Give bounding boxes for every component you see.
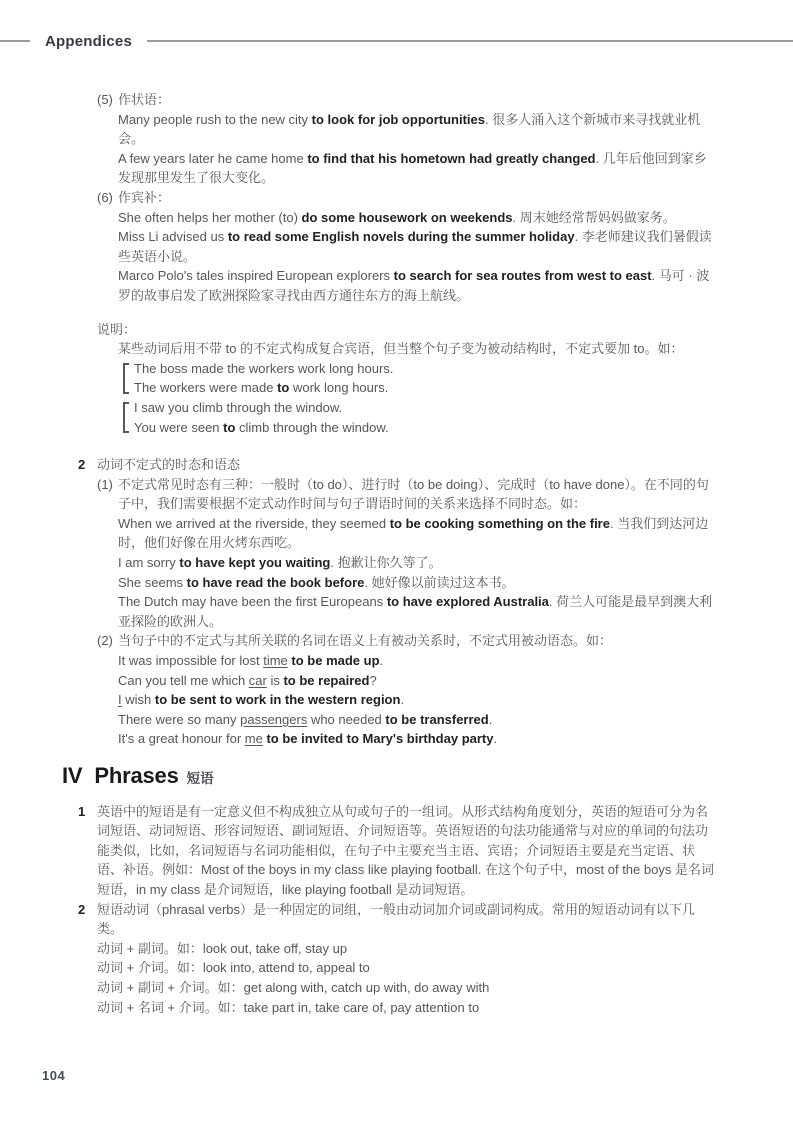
text-run: to be transferred [385,712,488,727]
paragraph: Miss Li advised us to read some English … [118,227,719,266]
list-item: 1英语中的短语是有一定意义但不构成独立从句或句子的一组词。从形式结构角度划分，英… [97,802,719,900]
paragraph: 动词 + 介词。如：look into, attend to, appeal t… [97,958,719,978]
list-item: (2)当句子中的不定式与其所关联的名词在语义上有被动关系时，不定式用被动语态。如… [118,631,719,651]
text-run: It's a great honour for [118,731,245,746]
paragraph: She often helps her mother (to) do some … [118,208,719,228]
text-run: You were seen [134,420,223,435]
text-run: 动词 + 副词。如：look out, take off, stay up [97,941,347,956]
text-run: to find that his hometown had greatly ch… [307,151,595,166]
text-run: . [494,731,498,746]
text-run: 作状语： [118,92,170,107]
header-title: Appendices [45,33,132,50]
paragraph: 说明： [97,320,719,340]
paragraph: I wish to be sent to work in the western… [118,690,719,710]
list-marker: 1 [78,802,85,822]
bracket-pair: I saw you climb through the window.You w… [134,398,719,437]
text-run: car [249,673,267,688]
paragraph: When we arrived at the riverside, they s… [118,514,719,553]
paragraph: 动词 + 名词 + 介词。如：take part in, take care o… [97,998,719,1018]
page-number: 104 [42,1068,65,1083]
text-run: . 她好像以前读过这本书。 [364,575,514,590]
text-run: to have kept you waiting [179,555,330,570]
text-run: Marco Polo's tales inspired European exp… [118,268,394,283]
paragraph: It was impossible for lost time to be ma… [118,651,719,671]
paragraph: Can you tell me which car is to be repai… [118,671,719,691]
section-heading: IVPhrases短语 [62,766,719,789]
text-run: to search for sea routes from west to ea… [394,268,652,283]
text-run: climb through the window. [235,420,388,435]
paragraph: There were so many passengers who needed… [118,710,719,730]
text-run: The workers were made [134,380,277,395]
text-run: She often helps her mother (to) [118,210,302,225]
text-run: She seems [118,575,187,590]
text-run: who needed [307,712,385,727]
text-run: to read some English novels during the s… [228,229,575,244]
paragraph: Many people rush to the new city to look… [118,110,719,149]
text-run: I saw you climb through the window. [134,400,342,415]
text-run: work long hours. [289,380,388,395]
text-run: me [245,731,263,746]
text-run: . 抱歉让你久等了。 [330,555,441,570]
list-item: (6)作宾补： [118,188,719,208]
paragraph: Marco Polo's tales inspired European exp… [118,266,719,305]
list-item: (1)不定式常见时态有三种：一般时（to do）、进行时（to be doing… [118,475,719,514]
text-run: I am sorry [118,555,179,570]
text-run: 作宾补： [118,190,170,205]
text-run: When we arrived at the riverside, they s… [118,516,390,531]
text-run: do some housework on weekends [302,210,513,225]
text-run: to be cooking something on the fire [390,516,610,531]
text-run: . [380,653,384,668]
header-rule-right [147,40,793,43]
list-marker: (6) [97,188,113,208]
paragraph: I am sorry to have kept you waiting. 抱歉让… [118,553,719,573]
text-run: . 周末她经常帮妈妈做家务。 [513,210,676,225]
section-heading-subtitle: 短语 [187,771,214,786]
text-run: ? [369,673,376,688]
text-run: time [263,653,288,668]
text-run: 当句子中的不定式与其所关联的名词在语义上有被动关系时，不定式用被动语态。如： [118,633,612,648]
text-run: 英语中的短语是有一定意义但不构成独立从句或句子的一组词。从形式结构角度划分，英语… [97,804,714,897]
text-run: to be sent to work in the western region [155,692,401,707]
text-run: A few years later he came home [118,151,307,166]
bracket-pair-line: The workers were made to work long hours… [134,378,719,398]
text-run: to be made up [291,653,379,668]
text-run: 动词不定式的时态和语态 [97,457,240,472]
left-bracket-glyph [123,363,130,394]
text-run: 动词 + 副词 + 介词。如：get along with, catch up … [97,980,489,995]
text-run: wish [122,692,155,707]
text-run: The Dutch may have been the first Europe… [118,594,387,609]
text-run: Many people rush to the new city [118,112,312,127]
text-run: to have explored Australia [387,594,549,609]
textbook-page: Appendices (5)作状语：Many people rush to th… [0,0,793,1122]
page-header: Appendices [0,32,793,50]
text-run: 某些动词后用不带 to 的不定式构成复合宾语，但当整个句子变为被动结构时，不定式… [118,341,684,356]
text-run: Can you tell me which [118,673,249,688]
text-run: There were so many [118,712,240,727]
list-item: (5)作状语： [118,90,719,110]
list-item: 2短语动词（phrasal verbs）是一种固定的词组，一般由动词加介词或副词… [97,900,719,939]
list-marker: 2 [78,455,85,475]
paragraph: She seems to have read the book before. … [118,573,719,593]
list-marker: (1) [97,475,113,495]
paragraph: 某些动词后用不带 to 的不定式构成复合宾语，但当整个句子变为被动结构时，不定式… [118,339,719,359]
text-run: to [223,420,235,435]
section-heading-number: IV [62,763,82,788]
list-marker: (2) [97,631,113,651]
text-run: 动词 + 名词 + 介词。如：take part in, take care o… [97,1000,479,1015]
left-bracket-glyph [123,402,130,433]
document-content: (5)作状语：Many people rush to the new city … [0,90,719,1017]
paragraph: 动词 + 副词 + 介词。如：get along with, catch up … [97,978,719,998]
text-run: passengers [240,712,307,727]
text-run: is [267,673,284,688]
text-run: 说明： [97,322,136,337]
text-run: to have read the book before [187,575,365,590]
bracket-pair-line: You were seen to climb through the windo… [134,418,719,438]
header-rule-left [0,40,30,43]
text-run: The boss made the workers work long hour… [134,361,393,376]
text-run: . [400,692,404,707]
paragraph: The Dutch may have been the first Europe… [118,592,719,631]
paragraph: It's a great honour for me to be invited… [118,729,719,749]
text-run: It was impossible for lost [118,653,263,668]
text-run: . [489,712,493,727]
text-run: to be invited to Mary's birthday party [266,731,493,746]
text-run: 不定式常见时态有三种：一般时（to do）、进行时（to be doing）、完… [118,477,709,512]
list-marker: 2 [78,900,85,920]
text-run: 短语动词（phrasal verbs）是一种固定的词组，一般由动词加介词或副词构… [97,902,695,937]
bracket-pair-line: I saw you climb through the window. [134,398,719,418]
paragraph: A few years later he came home to find t… [118,149,719,188]
bracket-pair: The boss made the workers work long hour… [134,359,719,398]
paragraph: 动词 + 副词。如：look out, take off, stay up [97,939,719,959]
text-run: to [277,380,289,395]
text-run: Miss Li advised us [118,229,228,244]
bracket-pair-line: The boss made the workers work long hour… [134,359,719,379]
text-run: to look for job opportunities [312,112,485,127]
text-run: 动词 + 介词。如：look into, attend to, appeal t… [97,960,370,975]
text-run: to be repaired [283,673,369,688]
list-item: 2动词不定式的时态和语态 [97,455,719,475]
list-marker: (5) [97,90,113,110]
section-heading-title: Phrases [94,763,178,788]
